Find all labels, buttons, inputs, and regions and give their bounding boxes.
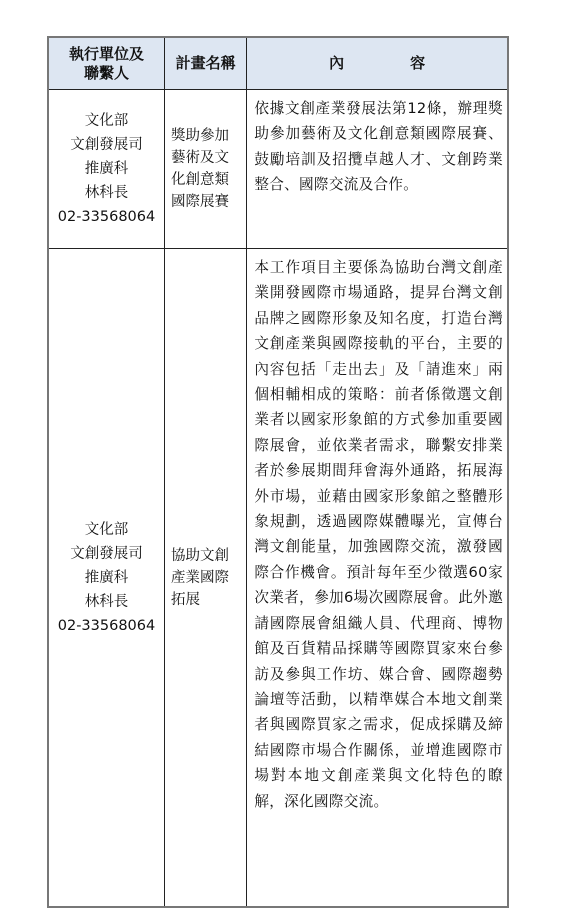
header-plan-name: 計畫名稱 <box>165 37 247 90</box>
contact-department: 文創發展司 <box>49 133 164 157</box>
header-content-part2: 容 <box>410 54 425 73</box>
contact-cell: 文化部 文創發展司 推廣科 林科長 02-33568064 <box>48 249 165 908</box>
header-unit-contact: 執行單位及 聯繫人 <box>48 37 165 90</box>
plan-name-line: 產業國際 <box>171 567 244 589</box>
contact-section: 推廣科 <box>49 566 164 590</box>
table-row: 文化部 文創發展司 推廣科 林科長 02-33568064 協助文創 產業國際 … <box>48 249 508 908</box>
contact-department: 文創發展司 <box>49 542 164 566</box>
contact-ministry: 文化部 <box>49 109 164 133</box>
plan-name-line: 化創意類 <box>171 169 244 191</box>
contact-person: 林科長 <box>49 181 164 205</box>
contact-person: 林科長 <box>49 590 164 614</box>
header-unit-contact-line1: 執行單位及 <box>49 45 164 64</box>
table-row: 文化部 文創發展司 推廣科 林科長 02-33568064 獎助參加 藝術及文 … <box>48 90 508 249</box>
contact-phone: 02-33568064 <box>49 614 164 638</box>
plan-name-cell: 協助文創 產業國際 拓展 <box>165 249 247 908</box>
program-table: 執行單位及 聯繫人 計畫名稱 內容 文化部 文創發展司 推廣科 林科長 02-3… <box>47 36 509 908</box>
header-content-part1: 內 <box>329 54 344 73</box>
header-content: 內容 <box>247 37 508 90</box>
content-cell: 依據文創產業發展法第12條，辦理獎助參加藝術及文化創意類國際展賽、鼓勵培訓及招攬… <box>247 90 508 249</box>
plan-name-line: 國際展賽 <box>171 191 244 213</box>
plan-name-line: 藝術及文 <box>171 147 244 169</box>
content-cell: 本工作項目主要係為協助台灣文創產業開發國際市場通路，提昇台灣文創品牌之國際形象及… <box>247 249 508 908</box>
contact-phone: 02-33568064 <box>49 205 164 229</box>
plan-name-line: 協助文創 <box>171 545 244 567</box>
contact-ministry: 文化部 <box>49 518 164 542</box>
header-unit-contact-line2: 聯繫人 <box>49 64 164 83</box>
plan-name-cell: 獎助參加 藝術及文 化創意類 國際展賽 <box>165 90 247 249</box>
header-row: 執行單位及 聯繫人 計畫名稱 內容 <box>48 37 508 90</box>
plan-name-line: 拓展 <box>171 589 244 611</box>
plan-name-line: 獎助參加 <box>171 125 244 147</box>
contact-cell: 文化部 文創發展司 推廣科 林科長 02-33568064 <box>48 90 165 249</box>
contact-section: 推廣科 <box>49 157 164 181</box>
